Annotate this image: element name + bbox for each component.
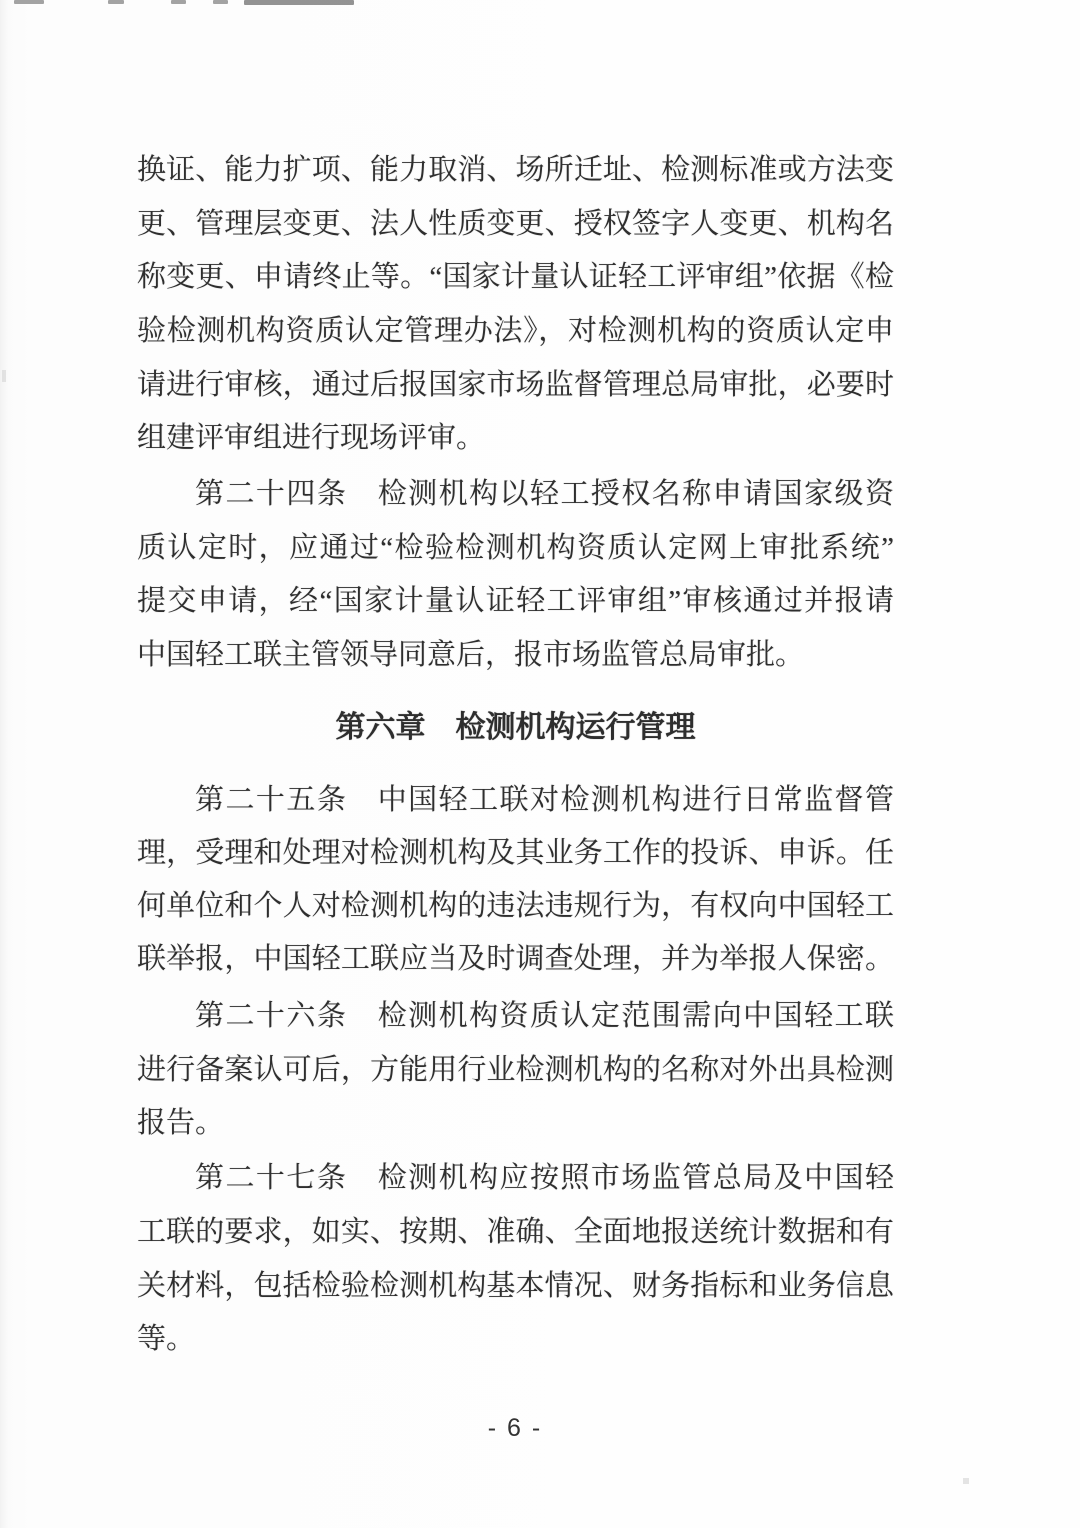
text-line: 组建评审组进行现场评审。: [137, 420, 894, 456]
scan-artifact: [108, 0, 124, 4]
text-line: 进行备案认可后，方能用行业检测机构的名称对外出具检测: [137, 1052, 894, 1088]
scan-artifact: [213, 0, 228, 4]
text-line: 更、管理层变更、法人性质变更、授权签字人变更、机构名: [137, 206, 894, 242]
scanned-document-page: 换证、能力扩项、能力取消、场所迁址、检测标准或方法变 更、管理层变更、法人性质变…: [0, 0, 1080, 1528]
text-line: 何单位和个人对检测机构的违法违规行为，有权向中国轻工: [137, 888, 894, 924]
text-line: 第二十六条 检测机构资质认定范围需向中国轻工联: [137, 998, 894, 1034]
text-line: 质认定时，应通过“检验检测机构资质认定网上审批系统”: [137, 530, 894, 566]
text-line: 第二十七条 检测机构应按照市场监管总局及中国轻: [137, 1160, 894, 1196]
text-line: 中国轻工联主管领导同意后，报市场监管总局审批。: [137, 637, 894, 673]
chapter-heading: 第六章 检测机构运行管理: [137, 710, 894, 746]
scan-artifact: [14, 0, 44, 4]
scan-artifact: [244, 0, 354, 5]
page-number: - 6 -: [0, 1414, 1030, 1443]
text-line: 提交申请，经“国家计量认证轻工评审组”审核通过并报请: [137, 583, 894, 619]
text-line: 联举报，中国轻工联应当及时调查处理，并为举报人保密。: [137, 941, 894, 977]
text-line: 第二十四条 检测机构以轻工授权名称申请国家级资: [137, 476, 894, 512]
text-line: 报告。: [137, 1105, 894, 1141]
scan-artifact: [171, 0, 186, 4]
text-line: 第二十五条 中国轻工联对检测机构进行日常监督管: [137, 782, 894, 818]
text-line: 称变更、申请终止等。“国家计量认证轻工评审组”依据《检: [137, 259, 894, 295]
text-line: 等。: [137, 1321, 894, 1357]
text-line: 工联的要求，如实、按期、准确、全面地报送统计数据和有: [137, 1214, 894, 1250]
scan-speck: [2, 370, 6, 382]
scan-speck: [963, 1478, 969, 1484]
text-line: 验检测机构资质认定管理办法》，对检测机构的资质认定申: [137, 313, 894, 349]
text-line: 换证、能力扩项、能力取消、场所迁址、检测标准或方法变: [137, 152, 894, 188]
text-line: 请进行审核，通过后报国家市场监督管理总局审批，必要时: [137, 367, 894, 403]
text-line: 理，受理和处理对检测机构及其业务工作的投诉、申诉。任: [137, 835, 894, 871]
text-line: 关材料，包括检验检测机构基本情况、财务指标和业务信息: [137, 1268, 894, 1304]
